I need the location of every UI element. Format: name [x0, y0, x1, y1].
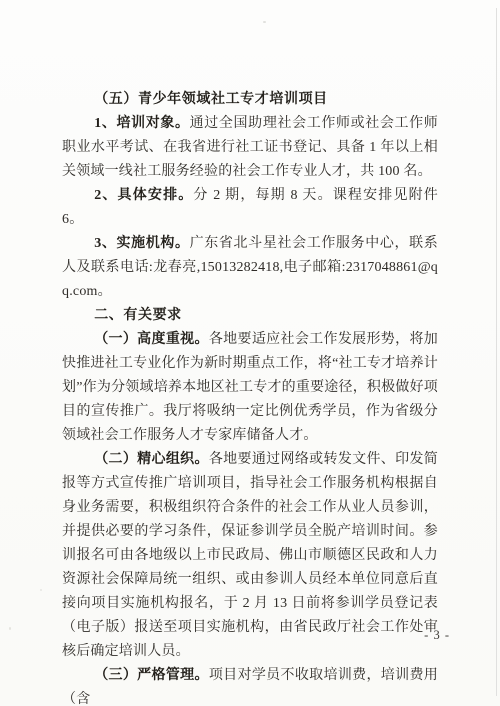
para-high-priority-lead: （一）高度重视。 — [94, 332, 209, 347]
scan-speck — [9, 627, 11, 630]
para-training-target-lead: 1、培训对象。 — [94, 116, 189, 131]
para-implementing-agency-lead: 3、实施机构。 — [94, 236, 189, 251]
scan-speck — [40, 589, 42, 591]
para-careful-organization-lead: （二）精心组织。 — [94, 452, 209, 467]
page-number: - 3 - — [410, 628, 450, 643]
section-heading-requirements-text: 二、有关要求 — [94, 308, 182, 323]
scan-edge-artifact — [496, 8, 497, 696]
para-training-target: 1、培训对象。通过全国助理社会工作师或社会工作师职业水平考试、在我省进行社工证书… — [62, 112, 438, 184]
para-schedule-lead: 2、具体安排。 — [94, 188, 193, 203]
para-careful-organization-body: 各地要通过网络或转发文件、印发简报等方式宣传推广培训项目，指导社会工作服务机构根… — [62, 452, 438, 659]
para-implementing-agency: 3、实施机构。广东省北斗星社会工作服务中心，联系人及联系电话:龙春亮,15013… — [62, 232, 438, 304]
para-schedule: 2、具体安排。分 2 期，每期 8 天。课程安排见附件 6。 — [62, 184, 438, 232]
scanned-document-page: （五）青少年领域社工专才培训项目 1、培训对象。通过全国助理社会工作师或社会工作… — [0, 0, 500, 706]
section-heading-requirements: 二、有关要求 — [62, 304, 438, 328]
para-strict-management-lead: （三）严格管理。 — [94, 668, 209, 683]
section-heading-5-text: （五）青少年领域社工专才培训项目 — [94, 92, 328, 107]
para-high-priority-body: 各地要适应社会工作发展形势，将加快推进社工专业化作为新时期重点工作，将“社工专才… — [62, 332, 438, 443]
para-high-priority: （一）高度重视。各地要适应社会工作发展形势，将加快推进社工专业化作为新时期重点工… — [62, 328, 438, 448]
section-heading-5: （五）青少年领域社工专才培训项目 — [62, 88, 438, 112]
para-strict-management: （三）严格管理。项目对学员不收取培训费，培训费用（含 — [62, 664, 438, 706]
scan-speck — [263, 21, 266, 23]
para-careful-organization: （二）精心组织。各地要通过网络或转发文件、印发简报等方式宣传推广培训项目，指导社… — [62, 448, 438, 664]
document-text-block: （五）青少年领域社工专才培训项目 1、培训对象。通过全国助理社会工作师或社会工作… — [62, 88, 438, 706]
